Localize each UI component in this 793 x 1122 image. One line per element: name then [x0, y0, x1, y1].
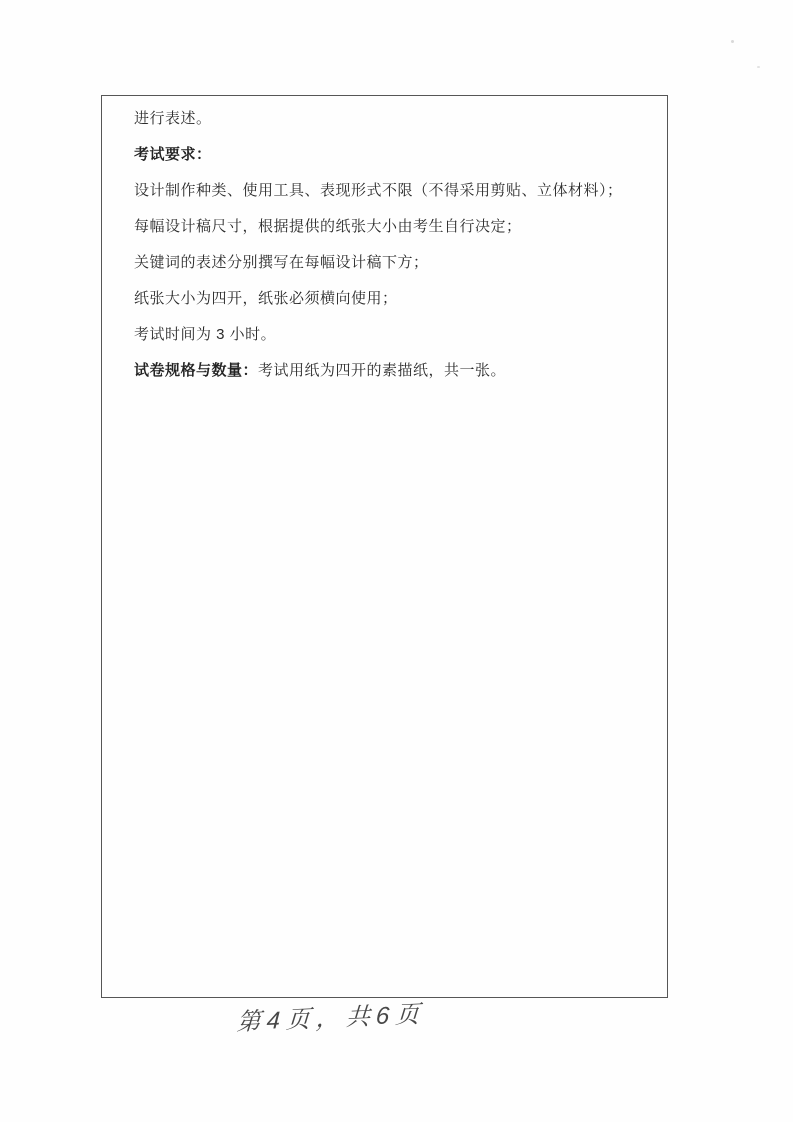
handwritten-page-number: 第4页，共6页: [236, 992, 478, 1038]
paragraph-bold: 考试要求：: [134, 146, 212, 163]
paragraph-text: 关键词的表述分别撰写在每幅设计稿下方；: [134, 254, 429, 271]
paragraph: 关键词的表述分别撰写在每幅设计稿下方；: [134, 252, 639, 273]
paragraph: 进行表述。: [134, 108, 639, 129]
paragraph-text: 每幅设计稿尺寸，根据提供的纸张大小由考生自行决定；: [134, 218, 522, 235]
paragraph-text: 纸张大小为四开，纸张必须横向使用；: [134, 290, 398, 307]
scan-speckle: [731, 40, 734, 43]
paragraph: 每幅设计稿尺寸，根据提供的纸张大小由考生自行决定；: [134, 216, 639, 237]
paragraph-text: 进行表述。: [134, 110, 212, 127]
content-frame: 进行表述。 考试要求： 设计制作种类、使用工具、表现形式不限（不得采用剪贴、立体…: [101, 95, 668, 998]
paragraph: 试卷规格与数量：考试用纸为四开的素描纸，共一张。: [134, 360, 639, 381]
paragraph: 设计制作种类、使用工具、表现形式不限（不得采用剪贴、立体材料）；: [134, 180, 639, 201]
paragraph: 纸张大小为四开，纸张必须横向使用；: [134, 288, 639, 309]
paragraph-text: 考试用纸为四开的素描纸，共一张。: [258, 362, 506, 379]
paragraph-text: 考试时间为 3 小时。: [134, 326, 276, 343]
scan-speckle: [757, 66, 760, 68]
paragraph: 考试要求：: [134, 144, 639, 165]
scanned-document-page: 进行表述。 考试要求： 设计制作种类、使用工具、表现形式不限（不得采用剪贴、立体…: [0, 0, 793, 1122]
paragraph-bold: 试卷规格与数量：: [134, 362, 258, 379]
paragraph: 考试时间为 3 小时。: [134, 324, 639, 345]
paragraph-text: 设计制作种类、使用工具、表现形式不限（不得采用剪贴、立体材料）；: [134, 182, 623, 199]
